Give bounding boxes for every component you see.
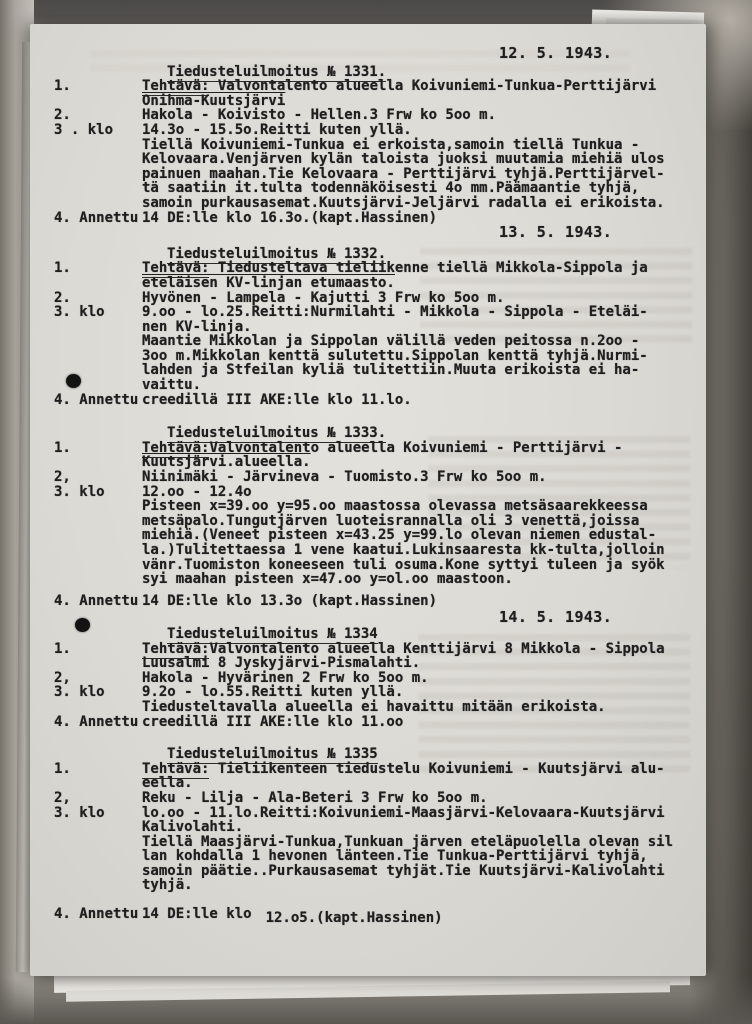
text-line: Luusalmi 8 Jyskyjärvi-Pismalahti.	[142, 656, 698, 671]
report-section: 14. 5. 1943. Tiedusteluilmoitus № 1334 1…	[54, 610, 698, 729]
report-rows: 1.Tehtävä:Valvontalento alueella Kenttij…	[54, 642, 698, 730]
text-line: vaittu.	[142, 378, 698, 393]
text-line: vänr.Tuomiston koneeseen tuli osuma.Kone…	[142, 558, 698, 573]
report-row: 3 . klo14.3o - 15.5o.Reitti kuten yllä.T…	[54, 123, 698, 211]
row-content: 9.2o - lo.55.Reitti kuten yllä.Tiedustel…	[142, 685, 698, 714]
report-row: 3. klolo.oo - 11.lo.Reitti:Koivuniemi-Ma…	[54, 806, 698, 894]
text-line: 14.3o - 15.5o.Reitti kuten yllä.	[142, 123, 698, 138]
text-line: samoin päätie..Purkausasemat tyhjät.Tie …	[142, 864, 698, 879]
text-line: Tiedusteltavalla alueella ei havaittu mi…	[142, 700, 698, 715]
typed-page-content: 12. 5. 1943. Tiedusteluilmoitus № 1331. …	[30, 24, 706, 976]
text-line: 9.oo - lo.25.Reitti:Nurmilahti - Mikkola…	[142, 305, 698, 320]
row-number: 4. Annettu	[54, 715, 142, 730]
row-content: 9.oo - lo.25.Reitti:Nurmilahti - Mikkola…	[142, 305, 698, 393]
row-number: 4. Annettu	[54, 594, 142, 609]
text-line: Kalivolahti.	[142, 820, 698, 835]
report-row: 3. klo9.oo - lo.25.Reitti:Nurmilahti - M…	[54, 305, 698, 393]
row-number: 3 . klo	[54, 123, 142, 211]
text-line: Hakola - Koivisto - Hellen.3 Frw ko 5oo …	[142, 108, 698, 123]
text-line: Tehtävä: Tiedusteltava tieliikenne tiell…	[142, 261, 698, 276]
row-number: 3. klo	[54, 685, 142, 714]
report-row: 4. Annettu14 DE:lle klo12.o5.(kapt.Hassi…	[54, 907, 698, 922]
text-line: lahden ja Stfeilan kyliä tulitettiin.Muu…	[142, 363, 698, 378]
report-row: 4. Annettu14 DE:lle klo 13.3o (kapt.Hass…	[54, 594, 698, 609]
report-title: Tiedusteluilmoitus № 1334	[167, 627, 698, 642]
text-line: la.)Tulitettaessa 1 vene kaatui.Lukinsaa…	[142, 543, 698, 558]
row-content: Tehtävä:Valvontalento alueella Koivuniem…	[142, 441, 698, 470]
text-line: Tehtävä:Valvontalento alueella Kenttijär…	[142, 642, 698, 657]
report-row: 4. Annettucreedillä III AKE:lle klo 11.l…	[54, 393, 698, 408]
report-date: 12. 5. 1943.	[499, 46, 698, 61]
text-line: Tehtävä: Valvontalento alueella Koivunie…	[142, 79, 698, 94]
text-line: Kuutsjärvi.alueella.	[142, 455, 698, 470]
report-row: 4. Annettucreedillä III AKE:lle klo 11.o…	[54, 715, 698, 730]
row-number: 4. Annettu	[54, 393, 142, 408]
report-title: Tiedusteluilmoitus № 1333.	[167, 426, 698, 441]
report-row: 1.Tehtävä:Valvontalento alueella Kenttij…	[54, 642, 698, 671]
reports-container: 12. 5. 1943. Tiedusteluilmoitus № 1331. …	[54, 46, 698, 922]
report-row: 1.Tehtävä:Valvontalento alueella Koivuni…	[54, 441, 698, 470]
text-line: 14 DE:lle klo12.o5.(kapt.Hassinen)	[142, 907, 698, 922]
report-row: 2.Hakola - Koivisto - Hellen.3 Frw ko 5o…	[54, 108, 698, 123]
row-number: 1.	[54, 441, 142, 470]
row-content: Hyvönen - Lampela - Kajutti 3 Frw ko 5oo…	[142, 291, 698, 306]
row-content: Tehtävä: Valvontalento alueella Koivunie…	[142, 79, 698, 108]
text-line: eteläisen KV-linjan etumaasto.	[142, 276, 698, 291]
text-line: syi maahan pisteen x=47.oo y=ol.oo maast…	[142, 572, 698, 587]
row-content: creedillä III AKE:lle klo 11.oo	[142, 715, 698, 730]
text-line: tä saatiin it.tulta todennäköisesti 4o m…	[142, 181, 698, 196]
row-number: 2.	[54, 108, 142, 123]
report-section: Tiedusteluilmoitus № 1335 1.Tehtävä: Tie…	[54, 747, 698, 922]
report-row: 2,Niinimäki - Järvineva - Tuomisto.3 Frw…	[54, 470, 698, 485]
row-content: 14 DE:lle klo 16.3o.(kapt.Hassinen)	[142, 211, 698, 226]
report-row: 2,Reku - Lilja - Ala-Beteri 3 Frw ko 5oo…	[54, 791, 698, 806]
report-section: 13. 5. 1943. Tiedusteluilmoitus № 1332. …	[54, 225, 698, 407]
row-number: 2,	[54, 470, 142, 485]
row-content: Tehtävä:Valvontalento alueella Kenttijär…	[142, 642, 698, 671]
row-number: 4. Annettu	[54, 907, 142, 922]
text-line: Tiellä Koivuniemi-Tunkua ei erkoista,sam…	[142, 138, 698, 153]
text-line: creedillä III AKE:lle klo 11.oo	[142, 715, 698, 730]
report-title: Tiedusteluilmoitus № 1335	[167, 747, 698, 762]
report-row: 2.Hyvönen - Lampela - Kajutti 3 Frw ko 5…	[54, 291, 698, 306]
report-rows: 1.Tehtävä: Valvontalento alueella Koivun…	[54, 79, 698, 225]
report-row: 1.Tehtävä: Tieliikenteen tiedustelu Koiv…	[54, 762, 698, 791]
text-line: 14 DE:lle klo 16.3o.(kapt.Hassinen)	[142, 211, 698, 226]
report-row: 3. klo9.2o - lo.55.Reitti kuten yllä.Tie…	[54, 685, 698, 714]
row-number: 3. klo	[54, 806, 142, 894]
text-line: tyhjä.	[142, 878, 698, 893]
report-row: 3. klo12.oo - 12.4oPisteen x=39.oo y=95.…	[54, 485, 698, 587]
text-line: Kelovaara.Venjärven kylän taloista juoks…	[142, 152, 698, 167]
report-date: 13. 5. 1943.	[499, 225, 698, 240]
document-sheet: 12. 5. 1943. Tiedusteluilmoitus № 1331. …	[30, 24, 706, 976]
text-line: miehiä.(Veneet pisteen x=43.25 y=99.lo o…	[142, 528, 698, 543]
row-content: Niinimäki - Järvineva - Tuomisto.3 Frw k…	[142, 470, 698, 485]
row-content: lo.oo - 11.lo.Reitti:Koivuniemi-Maasjärv…	[142, 806, 698, 894]
row-number: 1.	[54, 79, 142, 108]
report-row: 1.Tehtävä: Tiedusteltava tieliikenne tie…	[54, 261, 698, 290]
text-line: samoin purkausasemat.Kuutsjärvi-Jeljärvi…	[142, 196, 698, 211]
text-line: lan kohdalla 1 hevonen länteen.Tie Tunku…	[142, 849, 698, 864]
report-rows: 1.Tehtävä: Tieliikenteen tiedustelu Koiv…	[54, 762, 698, 922]
row-number: 3. klo	[54, 305, 142, 393]
report-row: 1.Tehtävä: Valvontalento alueella Koivun…	[54, 79, 698, 108]
report-section: 12. 5. 1943. Tiedusteluilmoitus № 1331. …	[54, 46, 698, 225]
text-line: Pisteen x=39.oo y=95.oo maastossa olevas…	[142, 499, 698, 514]
row-number: 1.	[54, 261, 142, 290]
text-line: 14 DE:lle klo 13.3o (kapt.Hassinen)	[142, 594, 698, 609]
photo-background: 12. 5. 1943. Tiedusteluilmoitus № 1331. …	[0, 0, 752, 1024]
row-content: 12.oo - 12.4oPisteen x=39.oo y=95.oo maa…	[142, 485, 698, 587]
report-section: Tiedusteluilmoitus № 1333. 1.Tehtävä:Val…	[54, 426, 698, 608]
offset-text: 12.o5.(kapt.Hassinen)	[266, 911, 443, 926]
row-content: Tehtävä: Tiedusteltava tieliikenne tiell…	[142, 261, 698, 290]
row-number: 1.	[54, 642, 142, 671]
row-content: 14 DE:lle klo 13.3o (kapt.Hassinen)	[142, 594, 698, 609]
row-number: 3. klo	[54, 485, 142, 587]
report-date: 14. 5. 1943.	[499, 610, 698, 625]
text-line: lo.oo - 11.lo.Reitti:Koivuniemi-Maasjärv…	[142, 806, 698, 821]
text-line: creedillä III AKE:lle klo 11.lo.	[142, 393, 698, 408]
text-line: Maantie Mikkolan ja Sippolan välillä ved…	[142, 334, 698, 349]
row-content: Hakola - Koivisto - Hellen.3 Frw ko 5oo …	[142, 108, 698, 123]
scanned-document-photo: { "colors": { "paper": "#dbd9d3", "ink":…	[0, 0, 752, 1024]
row-number: 2.	[54, 291, 142, 306]
row-number: 4. Annettu	[54, 211, 142, 226]
text-line: Hyvönen - Lampela - Kajutti 3 Frw ko 5oo…	[142, 291, 698, 306]
row-content: 14 DE:lle klo12.o5.(kapt.Hassinen)	[142, 907, 698, 922]
text-line: Tehtävä: Tieliikenteen tiedustelu Koivun…	[142, 762, 698, 777]
text-line: Niinimäki - Järvineva - Tuomisto.3 Frw k…	[142, 470, 698, 485]
row-number: 2,	[54, 791, 142, 806]
row-number: 1.	[54, 762, 142, 791]
report-rows: 1.Tehtävä:Valvontalento alueella Koivuni…	[54, 441, 698, 609]
report-rows: 1.Tehtävä: Tiedusteltava tieliikenne tie…	[54, 261, 698, 407]
text-line: eella.	[142, 776, 698, 791]
row-content: Tehtävä: Tieliikenteen tiedustelu Koivun…	[142, 762, 698, 791]
row-content: Reku - Lilja - Ala-Beteri 3 Frw ko 5oo m…	[142, 791, 698, 806]
text-line: 9.2o - lo.55.Reitti kuten yllä.	[142, 685, 698, 700]
report-title: Tiedusteluilmoitus № 1331.	[167, 65, 698, 80]
row-content: creedillä III AKE:lle klo 11.lo.	[142, 393, 698, 408]
text-line: Reku - Lilja - Ala-Beteri 3 Frw ko 5oo m…	[142, 791, 698, 806]
row-content: 14.3o - 15.5o.Reitti kuten yllä.Tiellä K…	[142, 123, 698, 211]
